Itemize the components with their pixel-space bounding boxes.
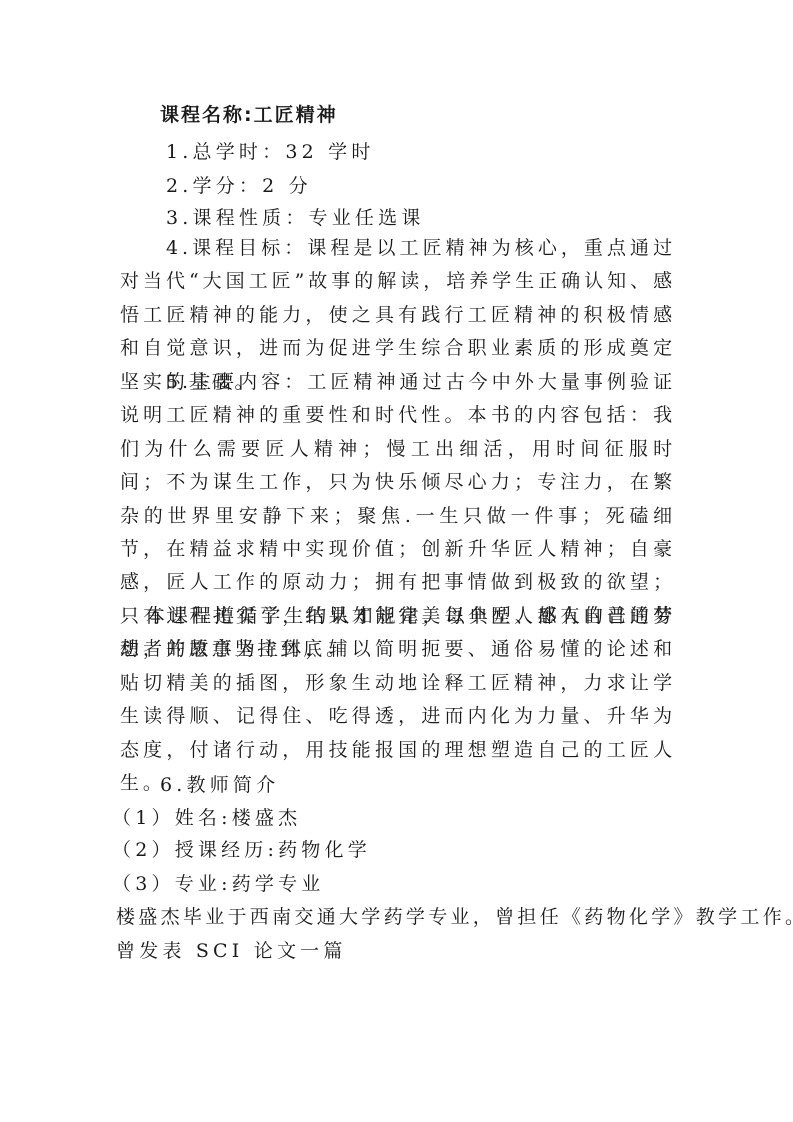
course-description: 本课程遵循学生的认知规律，以典型、感人的普通劳动者的故事为主体，辅以简明扼要、通… (120, 600, 676, 800)
teacher-heading: 6.教师简介 (160, 773, 279, 797)
teacher-name: （1）姓名:楼盛杰 (112, 806, 301, 830)
document-page: 课程名称:工匠精神 1.总学时：32 学时 2.学分：2 分 3.课程性质：专业… (0, 0, 793, 1122)
teacher-courses: （2）授课经历:药物化学 (112, 838, 371, 862)
teacher-bio: 楼盛杰毕业于西南交通大学药学专业，曾担任《药物化学》教学工作。 (116, 905, 793, 929)
teacher-publications: 曾发表 SCI 论文一篇 (116, 939, 347, 963)
course-title: 课程名称:工匠精神 (160, 103, 338, 127)
total-hours: 1.总学时：32 学时 (166, 140, 375, 164)
teacher-major: （3）专业:药学专业 (112, 872, 325, 896)
credits: 2.学分：2 分 (166, 174, 312, 198)
course-nature: 3.课程性质：专业任选课 (166, 206, 425, 230)
